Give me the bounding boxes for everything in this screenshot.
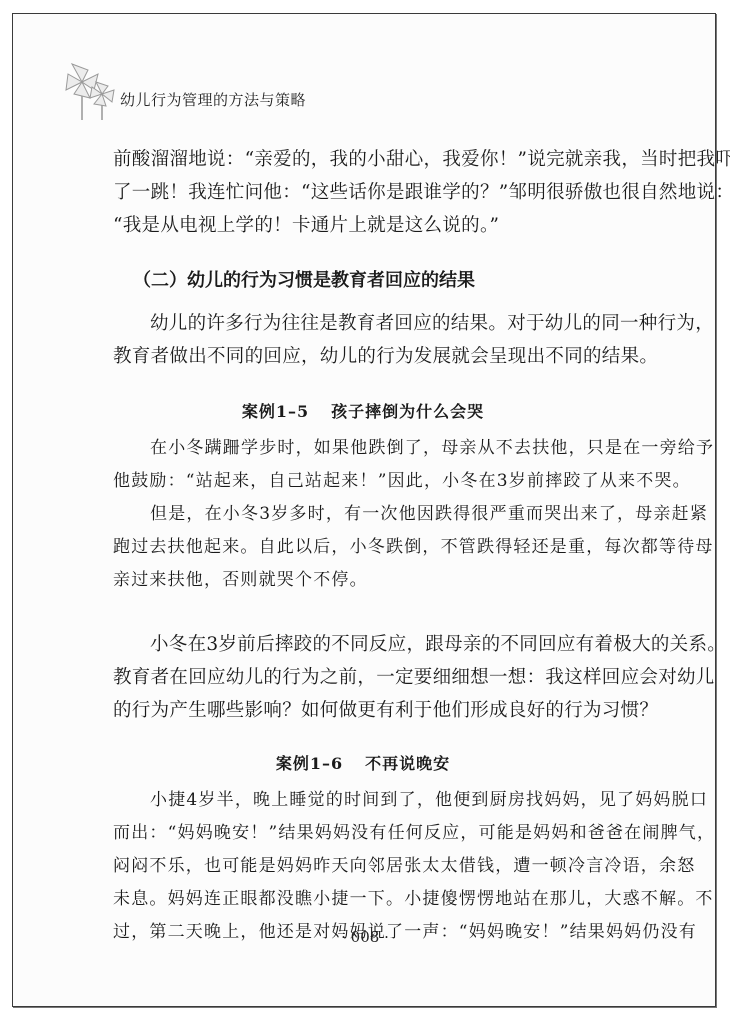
section-heading: （二）幼儿的行为习惯是教育者回应的结果 [113, 264, 613, 297]
text-line: 的行为产生哪些影响？如何做更有利于他们形成良好的行为习惯？ [113, 694, 613, 727]
case-title-1-5: 案例1–5孩子摔倒为什么会哭 [113, 395, 613, 428]
running-header: 幼儿行为管理的方法与策略 [62, 62, 306, 122]
page-number: · 008 · [0, 928, 730, 946]
text-line: 了一跳！我连忙问他：“这些话你是跟谁学的？”邹明很骄傲也很自然地说： [113, 176, 613, 209]
case-1-5-paragraph-2: 但是，在小冬3岁多时，有一次他因跌得很严重而哭出来了，母亲赶紧 跑过去扶他起来。… [113, 498, 613, 597]
text-line: 幼儿的许多行为往往是教育者回应的结果。对于幼儿的同一种行为， [113, 307, 613, 340]
running-header-title: 幼儿行为管理的方法与策略 [120, 89, 306, 110]
text-line: 未息。妈妈连正眼都没瞧小捷一下。小捷傻愣愣地站在那儿，大惑不解。不 [113, 883, 613, 916]
pinwheel-icon [62, 62, 118, 122]
section-paragraph: 幼儿的许多行为往往是教育者回应的结果。对于幼儿的同一种行为， 教育者做出不同的回… [113, 307, 613, 373]
text-line: “我是从电视上学的！卡通片上就是这么说的。” [113, 209, 613, 242]
page-content: 前酸溜溜地说：“亲爱的，我的小甜心，我爱你！”说完就亲我，当时把我吓 了一跳！我… [113, 143, 613, 949]
case-title-1-6: 案例1–6不再说晚安 [113, 747, 613, 780]
text-line: 他鼓励：“站起来，自己站起来！”因此，小冬在3岁前摔跤了从来不哭。 [113, 465, 613, 498]
text-line: 亲过来扶他，否则就哭个不停。 [113, 564, 613, 597]
text-line: 前酸溜溜地说：“亲爱的，我的小甜心，我爱你！”说完就亲我，当时把我吓 [113, 143, 613, 176]
intro-paragraph: 前酸溜溜地说：“亲爱的，我的小甜心，我爱你！”说完就亲我，当时把我吓 了一跳！我… [113, 143, 613, 242]
analysis-paragraph: 小冬在3岁前后摔跤的不同反应，跟母亲的不同回应有着极大的关系。 教育者在回应幼儿… [113, 628, 613, 727]
text-line: 闷闷不乐，也可能是妈妈昨天向邻居张太太借钱，遭一顿冷言冷语，余怒 [113, 850, 613, 883]
case-title-text: 孩子摔倒为什么会哭 [331, 402, 484, 421]
text-line: 跑过去扶他起来。自此以后，小冬跌倒，不管跌得轻还是重，每次都等待母 [113, 531, 613, 564]
text-line: 小冬在3岁前后摔跤的不同反应，跟母亲的不同回应有着极大的关系。 [113, 628, 613, 661]
text-line: 教育者在回应幼儿的行为之前，一定要细细想一想：我这样回应会对幼儿 [113, 661, 613, 694]
case-label: 案例1–5 [242, 402, 309, 421]
case-1-6-paragraph-1: 小捷4岁半，晚上睡觉的时间到了，他便到厨房找妈妈，见了妈妈脱口 而出：“妈妈晚安… [113, 784, 613, 949]
text-line: 而出：“妈妈晚安！”结果妈妈没有任何反应，可能是妈妈和爸爸在闹脾气， [113, 817, 613, 850]
case-title-text: 不再说晚安 [365, 754, 450, 773]
text-line: 但是，在小冬3岁多时，有一次他因跌得很严重而哭出来了，母亲赶紧 [113, 498, 613, 531]
text-line: 小捷4岁半，晚上睡觉的时间到了，他便到厨房找妈妈，见了妈妈脱口 [113, 784, 613, 817]
case-label: 案例1–6 [276, 754, 343, 773]
case-1-5-paragraph-1: 在小冬蹒跚学步时，如果他跌倒了，母亲从不去扶他，只是在一旁给予 他鼓励：“站起来… [113, 432, 613, 498]
text-line: 教育者做出不同的回应，幼儿的行为发展就会呈现出不同的结果。 [113, 340, 613, 373]
text-line: 在小冬蹒跚学步时，如果他跌倒了，母亲从不去扶他，只是在一旁给予 [113, 432, 613, 465]
